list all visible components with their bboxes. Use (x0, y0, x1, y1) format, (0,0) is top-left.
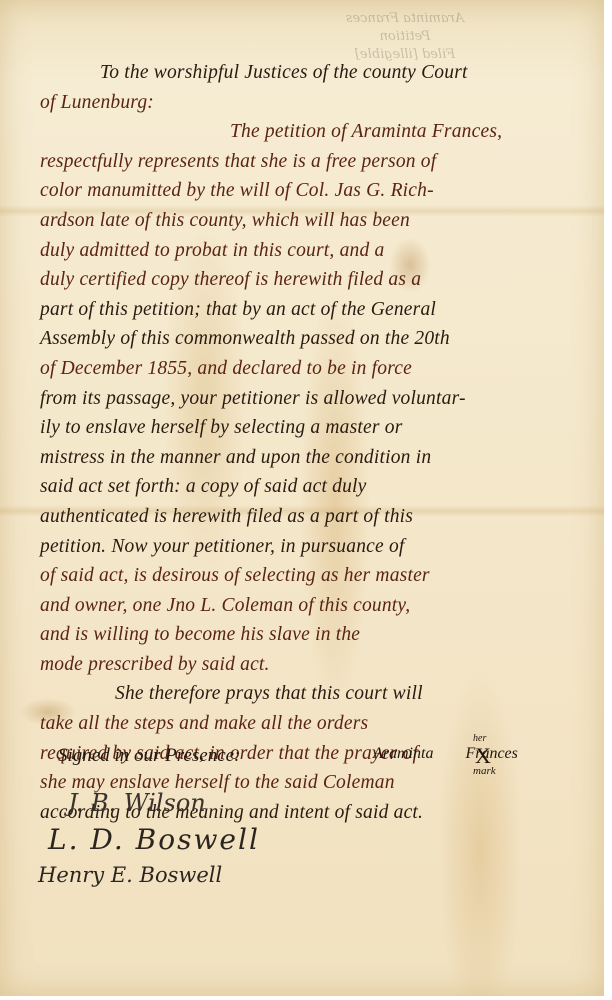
body-line: part of this petition; that by an act of… (40, 295, 580, 325)
address-line: To the worshipful Justices of the county… (40, 58, 580, 88)
docket-line: Petition (320, 28, 490, 46)
body-line: and owner, one Jno L. Coleman of this co… (40, 591, 580, 621)
body-line: said act set forth: a copy of said act d… (40, 472, 580, 502)
body-line: of December 1855, and declared to be in … (40, 354, 580, 384)
prayer-line: She therefore prays that this court will (40, 679, 580, 709)
mark-label: mark (473, 765, 496, 777)
body-line: petition. Now your petitioner, in pursua… (40, 532, 580, 562)
docket-line: Araminta Frances (320, 10, 490, 28)
principal-first-name: Araminta (373, 745, 433, 762)
petition-text: To the worshipful Justices of the county… (40, 58, 580, 827)
body-line: authenticated is herewith filed as a par… (40, 502, 580, 532)
body-line: and is willing to become his slave in th… (40, 620, 580, 650)
body-line: mistress in the manner and upon the cond… (40, 443, 580, 473)
body-line: color manumitted by the will of Col. Jas… (40, 176, 580, 206)
body-line: Assembly of this commonwealth passed on … (40, 324, 580, 354)
prayer-line: take all the steps and make all the orde… (40, 709, 580, 739)
witness-signature: J. B. Wilson (68, 789, 206, 817)
principal-signature: Araminta Frances her X mark (373, 745, 518, 763)
body-line: of said act, is desirous of selecting as… (40, 561, 580, 591)
body-line: The petition of Araminta Frances, (40, 117, 580, 147)
body-line: mode prescribed by said act. (40, 650, 580, 680)
body-line: duly admitted to probat in this court, a… (40, 236, 580, 266)
witness-signature: Henry E. Boswell (38, 863, 222, 887)
body-line: ily to enslave herself by selecting a ma… (40, 413, 580, 443)
docket-bleedthrough: Araminta Frances Petition Filed [illegib… (320, 10, 490, 64)
body-line: duly certified copy thereof is herewith … (40, 265, 580, 295)
manuscript-page: Araminta Frances Petition Filed [illegib… (0, 0, 604, 996)
witness-signature: L. D. Boswell (48, 823, 260, 856)
principal-last-name: Frances (465, 745, 517, 762)
body-line: from its passage, your petitioner is all… (40, 384, 580, 414)
address-line: of Lunenburg: (40, 88, 580, 118)
body-line: ardson late of this county, which will h… (40, 206, 580, 236)
body-line: respectfully represents that she is a fr… (40, 147, 580, 177)
signed-in-presence-label: Signed in our Presence: (58, 745, 240, 767)
